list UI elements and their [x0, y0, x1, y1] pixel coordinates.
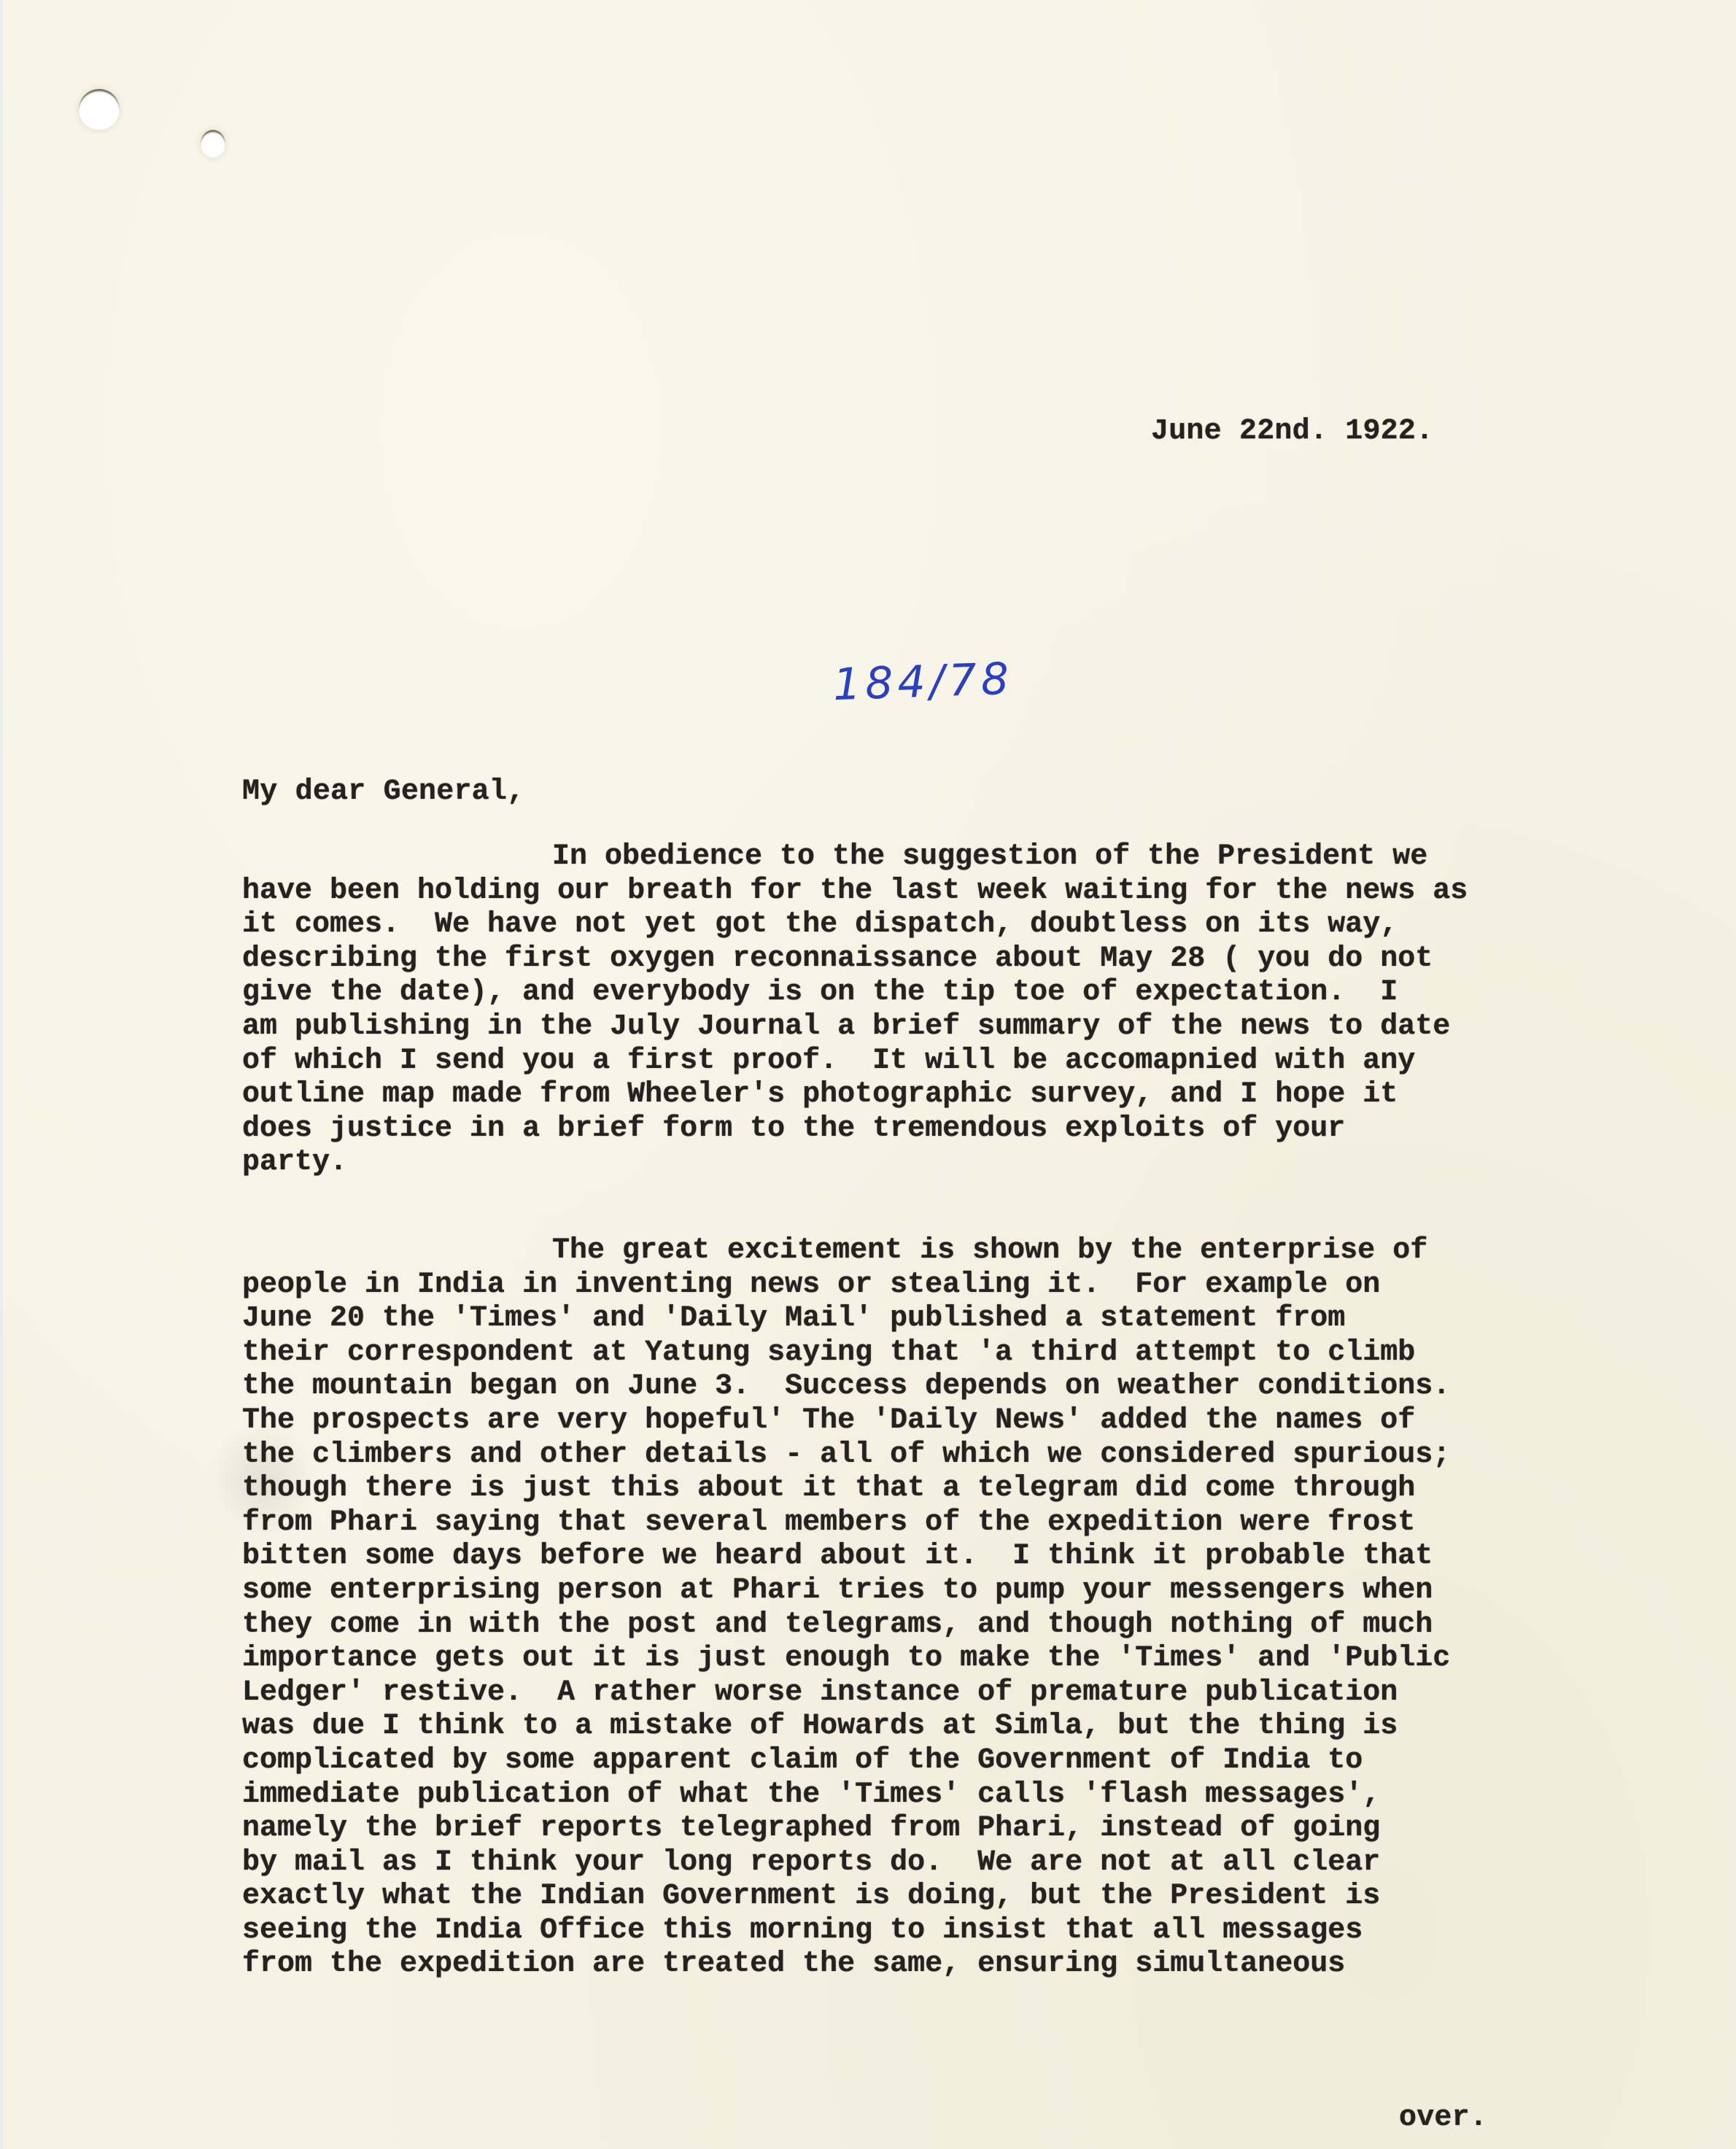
text-line: from the expedition are treated the same…: [242, 1948, 1526, 1982]
text-line: June 20 the 'Times' and 'Daily Mail' pub…: [242, 1302, 1526, 1336]
punch-hole: [79, 89, 120, 130]
text-line: Ledger' restive. A rather worse instance…: [242, 1676, 1526, 1711]
text-line: have been holding our breath for the las…: [242, 875, 1526, 909]
text-line: describing the first oxygen reconnaissan…: [242, 942, 1526, 977]
punch-hole: [201, 130, 225, 158]
text-line: it comes. We have not yet got the dispat…: [242, 908, 1526, 942]
text-line: importance gets out it is just enough to…: [242, 1642, 1526, 1676]
continuation-note: over.: [1399, 2101, 1487, 2135]
text-line: In obedience to the suggestion of the Pr…: [242, 840, 1526, 875]
text-line: namely the brief reports telegraphed fro…: [242, 1812, 1526, 1846]
text-line: people in India in inventing news or ste…: [242, 1269, 1526, 1303]
text-line: The prospects are very hopeful' The 'Dai…: [242, 1404, 1526, 1439]
archive-annotation: 184/78: [832, 654, 1014, 711]
text-line: was due I think to a mistake of Howards …: [242, 1710, 1526, 1744]
text-line: the climbers and other details - all of …: [242, 1439, 1526, 1473]
text-line: of which I send you a first proof. It wi…: [242, 1045, 1526, 1079]
text-line: complicated by some apparent claim of th…: [242, 1744, 1526, 1778]
text-line: exactly what the Indian Government is do…: [242, 1880, 1526, 1914]
text-line: seeing the India Office this morning to …: [242, 1914, 1526, 1948]
text-line: The great excitement is shown by the ent…: [242, 1234, 1526, 1269]
text-line: am publishing in the July Journal a brie…: [242, 1010, 1526, 1045]
text-line: their correspondent at Yatung saying tha…: [242, 1336, 1526, 1371]
text-line: outline map made from Wheeler's photogra…: [242, 1078, 1526, 1112]
letter-date: June 22nd. 1922.: [1151, 414, 1433, 449]
scan-edge: [0, 0, 3, 2149]
paragraph-1: In obedience to the suggestion of the Pr…: [242, 840, 1526, 1180]
text-line: the mountain began on June 3. Success de…: [242, 1370, 1526, 1404]
text-line: give the date), and everybody is on the …: [242, 976, 1526, 1010]
text-line: by mail as I think your long reports do.…: [242, 1846, 1526, 1881]
text-line: they come in with the post and telegrams…: [242, 1608, 1526, 1643]
text-line: bitten some days before we heard about i…: [242, 1540, 1526, 1574]
salutation: My dear General,: [242, 775, 524, 809]
text-line: does justice in a brief form to the trem…: [242, 1112, 1526, 1147]
paragraph-2: The great excitement is shown by the ent…: [242, 1234, 1526, 1982]
text-line: immediate publication of what the 'Times…: [242, 1778, 1526, 1813]
text-line: some enterprising person at Phari tries …: [242, 1574, 1526, 1608]
text-line: party.: [242, 1146, 1526, 1180]
text-line: from Phari saying that several members o…: [242, 1506, 1526, 1541]
text-line: though there is just this about it that …: [242, 1472, 1526, 1506]
